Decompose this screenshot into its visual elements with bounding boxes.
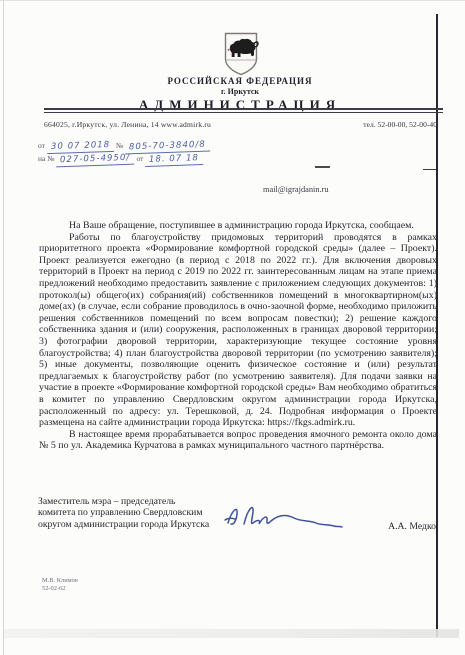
signatory-position-line: округом администрации города Иркутска (38, 519, 209, 530)
letterhead-double-rule (44, 108, 443, 113)
city-name: г. Иркутск (0, 87, 465, 96)
executor-name: М.В. Климов (42, 577, 78, 585)
irkutsk-coat-of-arms-icon (221, 32, 261, 81)
address-line: 664025, г.Иркутск, ул. Ленина, 14 www.ad… (44, 120, 211, 129)
reference-row-outgoing: от 30 07 2018 № 805-70-3840/8 (38, 141, 210, 153)
body-paragraph-3: В настоящее время прорабатывается вопрос… (39, 429, 437, 452)
body-paragraph-2: Работы по благоустройству придомовых тер… (39, 232, 437, 429)
body-paragraph-1: На Ваше обращение, поступившее в админис… (39, 220, 437, 232)
scanned-letter-page: РОССИЙСКАЯ ФЕДЕРАЦИЯ г. Иркутск АДМИНИСТ… (0, 0, 465, 655)
reference-row-incoming: на № 027-05-4950/ от 18. 07 18 (38, 154, 203, 166)
reply-date-handwritten: 18. 07 18 (145, 153, 203, 167)
executor-block: М.В. Климов 52-02-62 (42, 577, 78, 592)
recipient-email: mail@igrajdanin.ru (263, 185, 329, 194)
executor-phone: 52-02-62 (42, 585, 78, 593)
country-name: РОССИЙСКАЯ ФЕДЕРАЦИЯ (0, 76, 465, 86)
signatory-position-line: комитета по управлению Свердловским (38, 507, 209, 518)
handwritten-signature (222, 496, 362, 541)
signatory-name: А.А. Медко (388, 521, 436, 532)
separator-dash (315, 166, 330, 168)
scan-edge-top (0, 0, 465, 1)
letter-body: На Ваше обращение, поступившее в админис… (39, 220, 437, 452)
ref-number-sign: № (116, 141, 123, 150)
scan-tick-mark (423, 169, 436, 170)
reply-number-handwritten: 027-05-4950/ (56, 153, 135, 168)
signatory-position: Заместитель мэра – председатель комитета… (38, 496, 209, 530)
ref-date-handwritten: 30 07 2018 (47, 140, 115, 154)
reply-ref-label: на № (38, 154, 54, 163)
reply-from-label: от (136, 154, 143, 163)
phone-line: тел. 52-00-00, 52-00-40 (363, 120, 437, 129)
ref-from-label: от (38, 141, 45, 150)
scan-bottom-shadow (4, 629, 459, 638)
signatory-position-line: Заместитель мэра – председатель (38, 496, 209, 507)
